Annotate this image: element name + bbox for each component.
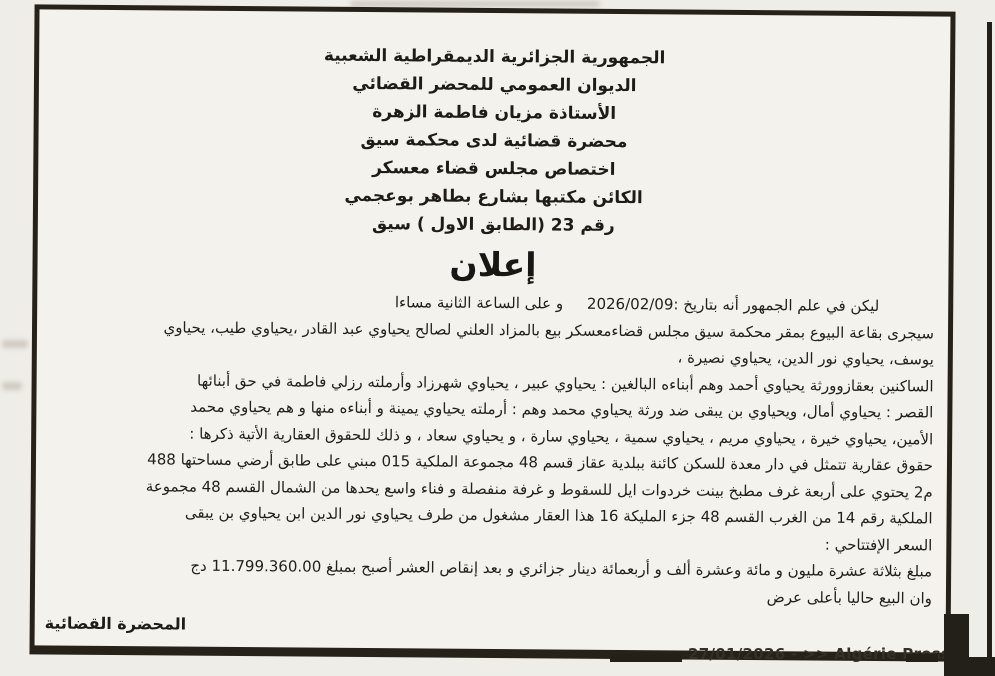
bailiff-signature: المحضرة القضائية bbox=[45, 613, 932, 639]
notice-title: إعلان bbox=[37, 238, 948, 291]
footer-rule-right bbox=[906, 654, 938, 662]
bleed-through-smudge bbox=[2, 340, 28, 348]
notice-header: الجمهورية الجزائرية الديمقراطية الشعبية … bbox=[38, 39, 951, 242]
column-divider-line bbox=[987, 22, 992, 676]
adjacent-frame-corner-horizontal bbox=[956, 657, 995, 676]
notice-body: ليكن في علم الجمهور أنه بتاريخ :2026/02/… bbox=[35, 284, 948, 611]
scanned-newspaper-page: الجمهورية الجزائرية الديمقراطية الشعبية … bbox=[0, 0, 995, 676]
header-line: رقم 23 (الطابق الاول ) سيق bbox=[38, 207, 949, 242]
footer-rule-left bbox=[610, 654, 682, 662]
bleed-through-smudge bbox=[2, 382, 22, 390]
bleed-through-smudge bbox=[350, 1, 600, 7]
notice-frame: الجمهورية الجزائرية الديمقراطية الشعبية … bbox=[29, 4, 955, 661]
